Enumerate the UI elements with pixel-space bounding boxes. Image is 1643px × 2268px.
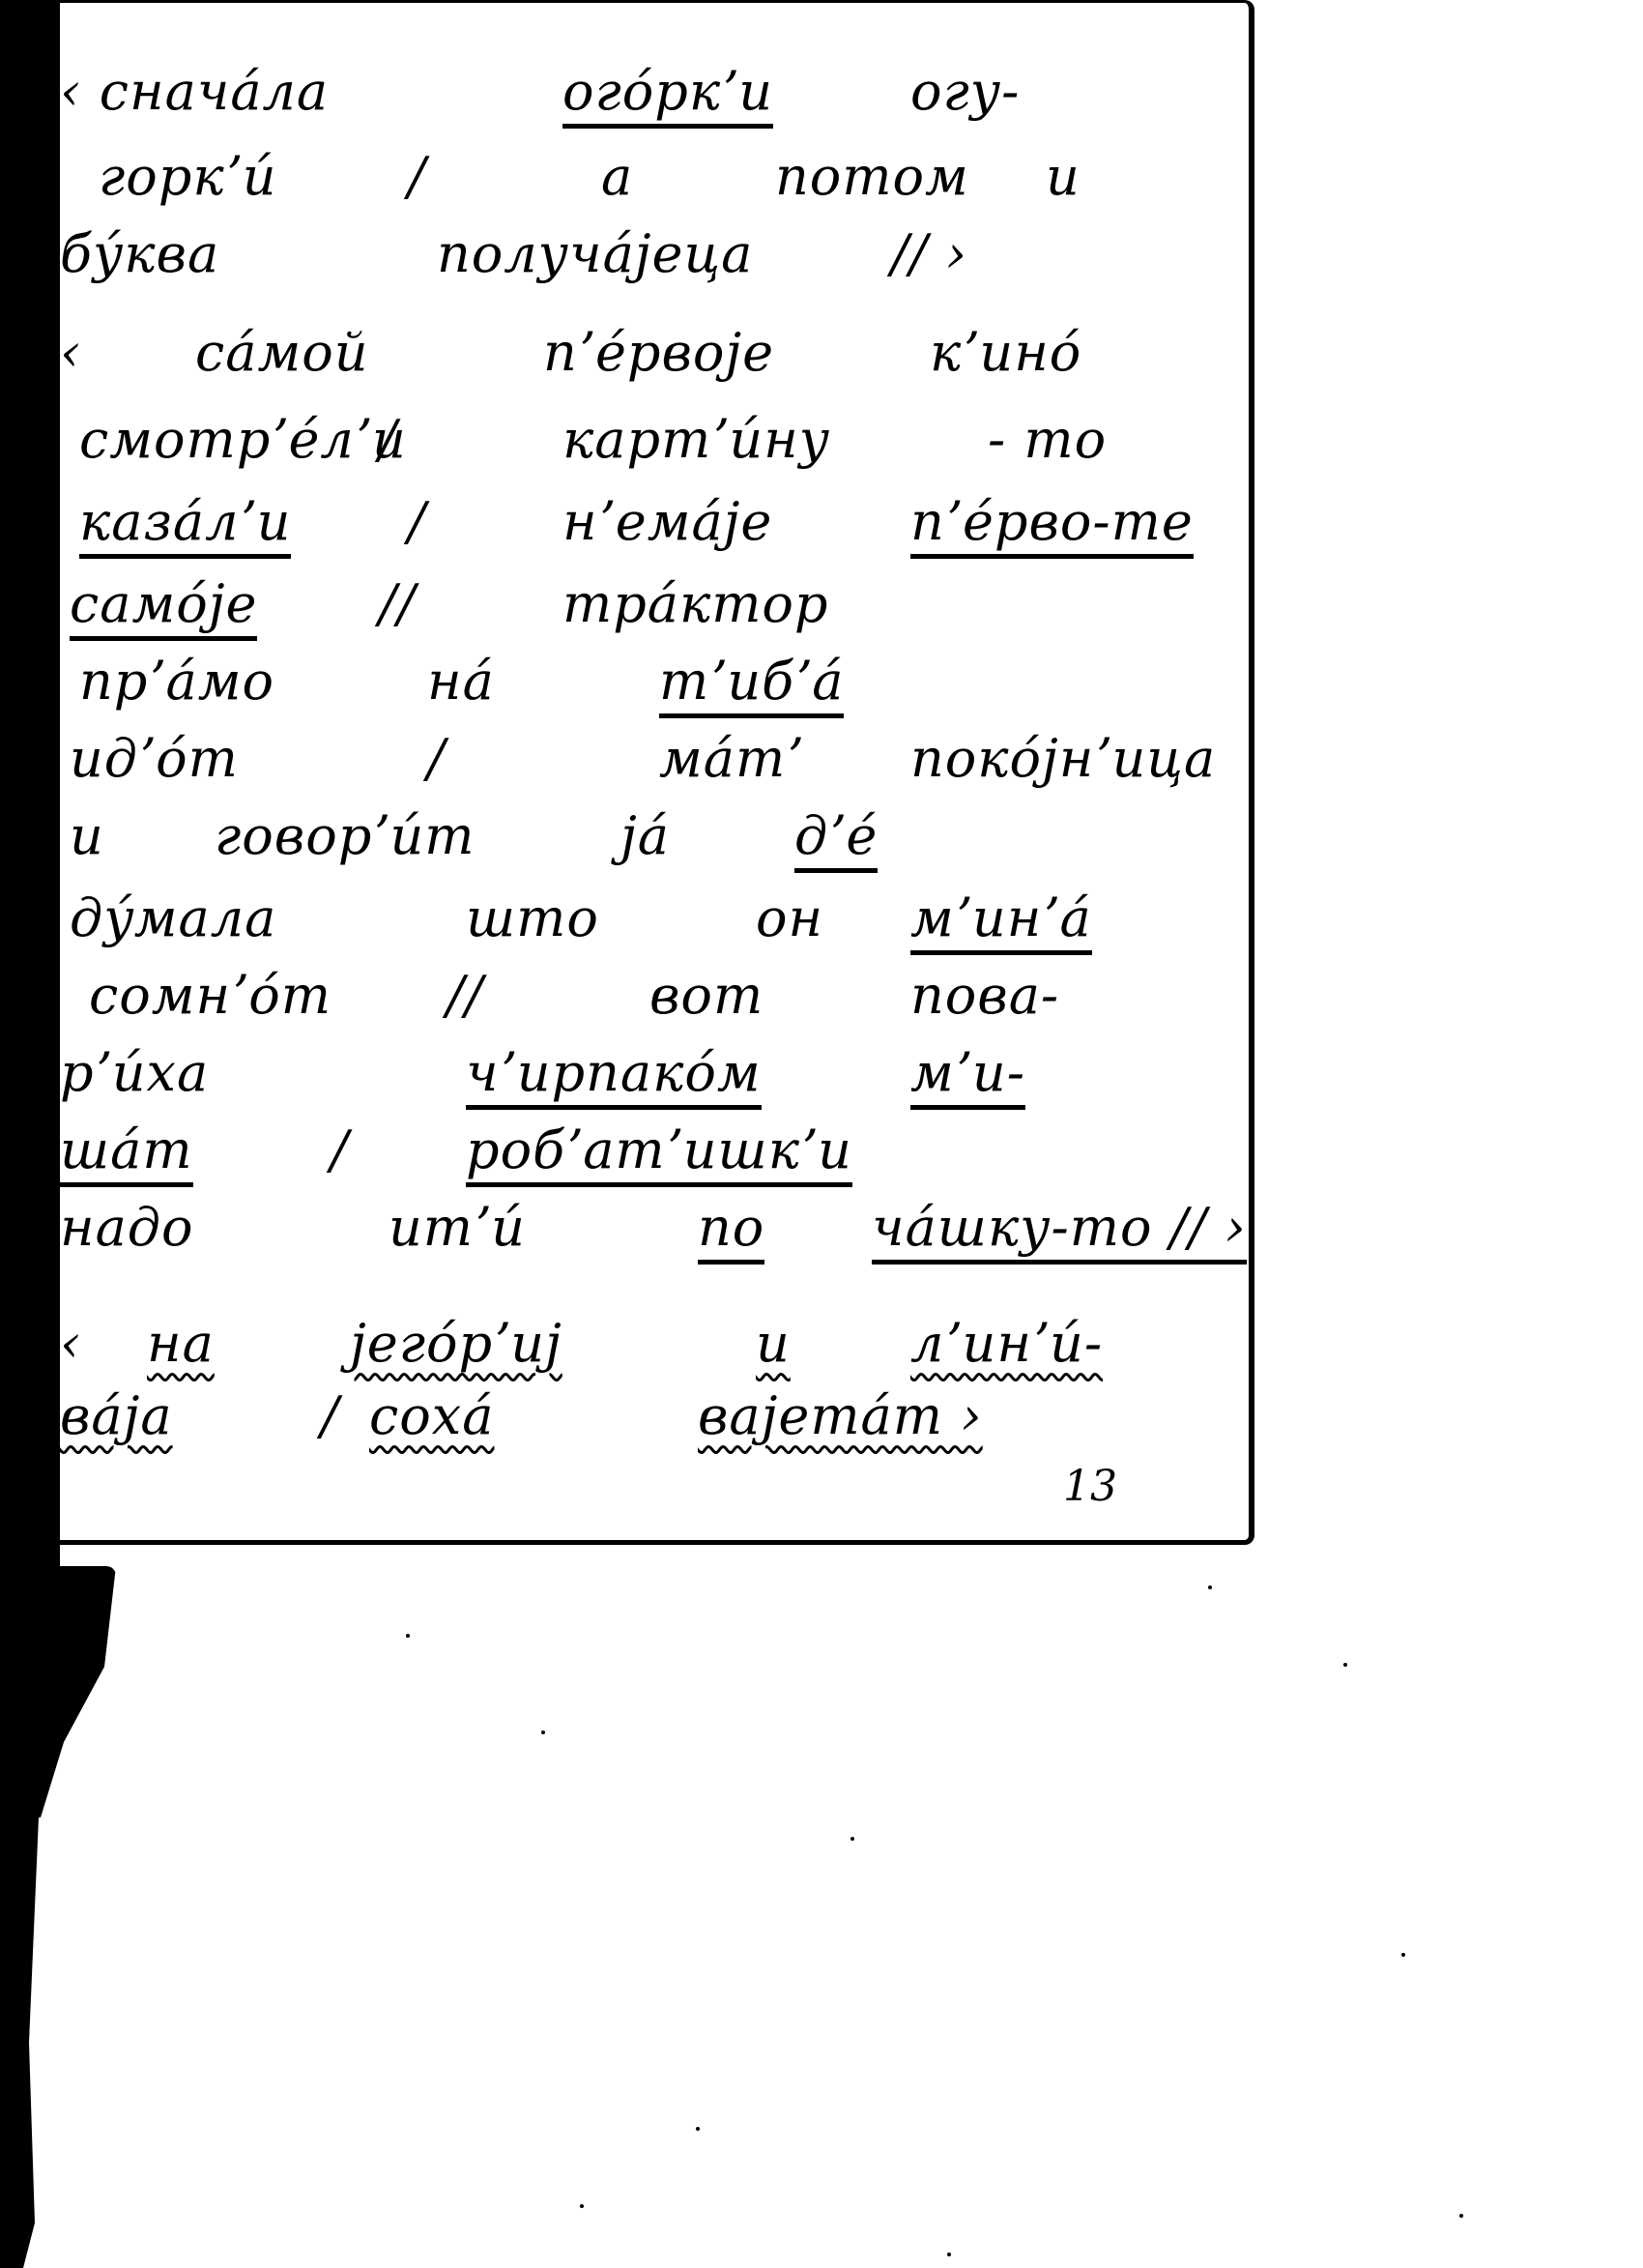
word: и bbox=[1046, 146, 1081, 207]
underlined-word: тʼибʼа́ bbox=[659, 651, 844, 718]
underlined-word: мʼи- bbox=[910, 1042, 1025, 1110]
scan-speck bbox=[1343, 1663, 1347, 1667]
word: дýмала bbox=[70, 887, 276, 948]
word: / bbox=[379, 409, 397, 470]
underlined-word: чʼирпакóм bbox=[466, 1042, 762, 1110]
word: што bbox=[466, 887, 599, 948]
word: / bbox=[331, 1119, 349, 1180]
word: и bbox=[70, 805, 104, 866]
underlined-word: по bbox=[698, 1197, 764, 1265]
word: // bbox=[447, 965, 483, 1026]
word: прʼáмо bbox=[79, 651, 274, 712]
scan-speck bbox=[696, 2127, 700, 2131]
underlined-word: сохá bbox=[369, 1385, 494, 1446]
scan-speck bbox=[1459, 2214, 1463, 2218]
underlined-word: огóркʼи bbox=[562, 61, 773, 129]
underlined-word: вајетáт › bbox=[698, 1385, 983, 1446]
word: ‹ bbox=[60, 1313, 82, 1374]
word: / bbox=[427, 728, 446, 789]
underlined-word: мʼинʼá bbox=[910, 887, 1092, 955]
underlined-word: пʼéрво-те bbox=[910, 491, 1194, 559]
word: надо bbox=[60, 1197, 194, 1258]
scan-speck bbox=[850, 1837, 854, 1841]
word: итʼи́ bbox=[389, 1197, 526, 1258]
word: рʼи́ха bbox=[60, 1042, 209, 1103]
underlined-word: вáја bbox=[60, 1385, 173, 1446]
word: пова- bbox=[910, 965, 1059, 1026]
scan-speck bbox=[541, 1730, 545, 1734]
word: потом bbox=[775, 146, 969, 207]
word: он bbox=[756, 887, 823, 948]
underlined-word: и bbox=[756, 1313, 791, 1374]
word: - то bbox=[988, 409, 1107, 470]
underlined-word: јегóрʼиј bbox=[350, 1313, 562, 1374]
word: нʼемáје bbox=[562, 491, 772, 552]
word: пʼéрвоје bbox=[543, 322, 774, 383]
scan-speck bbox=[406, 1634, 410, 1638]
scan-left-shadow bbox=[0, 0, 60, 1566]
word: получáјеца bbox=[437, 223, 753, 284]
word: / bbox=[408, 491, 426, 552]
word: говорʼи́т bbox=[215, 805, 475, 866]
word: огу- bbox=[910, 61, 1020, 122]
scan-left-shadow-bottom bbox=[0, 1817, 39, 2268]
scan-speck bbox=[580, 2204, 584, 2208]
word: нá bbox=[427, 651, 495, 712]
page-number: 13 bbox=[1063, 1462, 1117, 1511]
scan-left-shadow-lower bbox=[0, 1566, 116, 1817]
word: кʼинó bbox=[930, 322, 1081, 383]
word: картʼи́ну bbox=[562, 409, 830, 470]
underlined-word: дʼé bbox=[794, 805, 878, 873]
word: горкʼи́ bbox=[99, 146, 277, 207]
word: бу́ква bbox=[60, 223, 219, 284]
word: ‹ сначáла bbox=[60, 61, 329, 122]
word: трáктор bbox=[562, 573, 829, 634]
word: јá bbox=[620, 805, 670, 866]
scan-speck bbox=[947, 2253, 951, 2256]
word: мáтʼ bbox=[659, 728, 803, 789]
word: вот bbox=[649, 965, 764, 1026]
word: // › bbox=[891, 223, 967, 284]
notebook-page: ‹ сначáлаогóркʼиогу-горкʼи́/апотомибу́кв… bbox=[60, 0, 1254, 1545]
word: / bbox=[408, 146, 426, 207]
word: покóјнʼица bbox=[910, 728, 1216, 789]
word: идʼóт bbox=[70, 728, 239, 789]
underlined-word: робʼатʼишкʼи bbox=[466, 1119, 852, 1187]
underlined-word: самóје bbox=[70, 573, 257, 641]
word: // bbox=[379, 573, 416, 634]
scan-speck bbox=[1208, 1585, 1212, 1589]
word: а bbox=[601, 146, 633, 207]
word: / bbox=[321, 1385, 339, 1446]
word: сомнʼóт bbox=[89, 965, 331, 1026]
underlined-word: на bbox=[147, 1313, 215, 1374]
underlined-word: лʼинʼи́- bbox=[910, 1313, 1103, 1374]
underlined-word: шáт bbox=[60, 1119, 193, 1187]
underlined-word: чáшку-то // › bbox=[872, 1197, 1247, 1265]
scan-speck bbox=[1401, 1953, 1405, 1957]
word: сáмой bbox=[195, 322, 369, 383]
word: смотрʼéлʼи bbox=[79, 409, 407, 470]
underlined-word: казáлʼи bbox=[79, 491, 291, 559]
word: ‹ bbox=[60, 322, 82, 383]
